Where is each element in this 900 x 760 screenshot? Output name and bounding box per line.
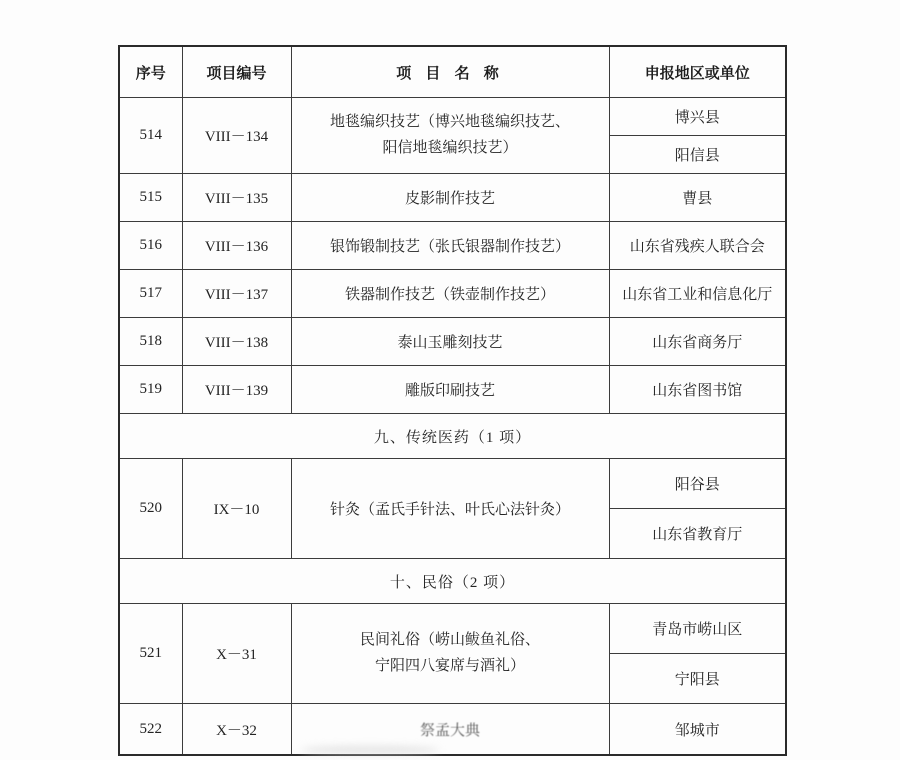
cell-code: VIII－136 bbox=[182, 222, 291, 270]
cell-unit: 阳信县 bbox=[609, 136, 786, 174]
header-serial: 序号 bbox=[119, 46, 182, 98]
section-label: 九、传统医药（1 项） bbox=[119, 414, 786, 459]
cell-unit: 山东省教育厅 bbox=[609, 509, 786, 559]
header-name: 项 目 名 称 bbox=[291, 46, 609, 98]
cell-serial: 515 bbox=[119, 174, 182, 222]
cell-name: 铁器制作技艺（铁壶制作技艺） bbox=[291, 270, 609, 318]
name-line: 民间礼俗（崂山鲅鱼礼俗、 bbox=[296, 628, 605, 654]
table-header-row: 序号 项目编号 项 目 名 称 申报地区或单位 bbox=[119, 46, 786, 98]
cell-name: 泰山玉雕刻技艺 bbox=[291, 318, 609, 366]
table-row: 514 VIII－134 地毯编织技艺（博兴地毯编织技艺、 阳信地毯编织技艺） … bbox=[119, 98, 786, 136]
section-row-folk-customs: 十、民俗（2 项） bbox=[119, 559, 786, 604]
cell-code: X－32 bbox=[182, 704, 291, 756]
cell-code: VIII－134 bbox=[182, 98, 291, 174]
cell-unit: 阳谷县 bbox=[609, 459, 786, 509]
header-unit: 申报地区或单位 bbox=[609, 46, 786, 98]
cell-unit: 曹县 bbox=[609, 174, 786, 222]
cell-serial: 521 bbox=[119, 604, 182, 704]
cell-code: X－31 bbox=[182, 604, 291, 704]
cell-code: VIII－135 bbox=[182, 174, 291, 222]
cell-code: VIII－139 bbox=[182, 366, 291, 414]
section-row-traditional-medicine: 九、传统医药（1 项） bbox=[119, 414, 786, 459]
section-label: 十、民俗（2 项） bbox=[119, 559, 786, 604]
cell-name: 地毯编织技艺（博兴地毯编织技艺、 阳信地毯编织技艺） bbox=[291, 98, 609, 174]
table-row: 517 VIII－137 铁器制作技艺（铁壶制作技艺） 山东省工业和信息化厅 bbox=[119, 270, 786, 318]
cell-code: IX－10 bbox=[182, 459, 291, 559]
cell-unit: 青岛市崂山区 bbox=[609, 604, 786, 654]
scan-smudge-artifact bbox=[300, 746, 440, 754]
cell-serial: 518 bbox=[119, 318, 182, 366]
cell-serial: 514 bbox=[119, 98, 182, 174]
cell-name: 雕版印刷技艺 bbox=[291, 366, 609, 414]
cell-unit: 博兴县 bbox=[609, 98, 786, 136]
cell-name: 皮影制作技艺 bbox=[291, 174, 609, 222]
cell-serial: 522 bbox=[119, 704, 182, 756]
table-row: 520 IX－10 针灸（孟氏手针法、叶氏心法针灸） 阳谷县 bbox=[119, 459, 786, 509]
cell-name: 针灸（孟氏手针法、叶氏心法针灸） bbox=[291, 459, 609, 559]
cell-name: 民间礼俗（崂山鲅鱼礼俗、 宁阳四八宴席与酒礼） bbox=[291, 604, 609, 704]
cell-unit: 邹城市 bbox=[609, 704, 786, 756]
table-row: 515 VIII－135 皮影制作技艺 曹县 bbox=[119, 174, 786, 222]
name-line: 阳信地毯编织技艺） bbox=[296, 136, 605, 162]
cell-unit: 山东省商务厅 bbox=[609, 318, 786, 366]
name-line: 宁阳四八宴席与酒礼） bbox=[296, 654, 605, 680]
heritage-project-table: 序号 项目编号 项 目 名 称 申报地区或单位 514 VIII－134 地毯编… bbox=[118, 45, 787, 756]
table-row: 521 X－31 民间礼俗（崂山鲅鱼礼俗、 宁阳四八宴席与酒礼） 青岛市崂山区 bbox=[119, 604, 786, 654]
cell-name: 银饰锻制技艺（张氏银器制作技艺） bbox=[291, 222, 609, 270]
table-row: 518 VIII－138 泰山玉雕刻技艺 山东省商务厅 bbox=[119, 318, 786, 366]
table-row: 522 X－32 祭孟大典 邹城市 bbox=[119, 704, 786, 756]
cell-serial: 519 bbox=[119, 366, 182, 414]
cell-unit: 山东省工业和信息化厅 bbox=[609, 270, 786, 318]
cell-unit: 宁阳县 bbox=[609, 654, 786, 704]
cell-serial: 517 bbox=[119, 270, 182, 318]
cell-unit: 山东省残疾人联合会 bbox=[609, 222, 786, 270]
header-code: 项目编号 bbox=[182, 46, 291, 98]
cell-serial: 520 bbox=[119, 459, 182, 559]
cell-serial: 516 bbox=[119, 222, 182, 270]
document-page: 序号 项目编号 项 目 名 称 申报地区或单位 514 VIII－134 地毯编… bbox=[0, 0, 900, 760]
cell-code: VIII－137 bbox=[182, 270, 291, 318]
cell-unit: 山东省图书馆 bbox=[609, 366, 786, 414]
table-row: 516 VIII－136 银饰锻制技艺（张氏银器制作技艺） 山东省残疾人联合会 bbox=[119, 222, 786, 270]
table-row: 519 VIII－139 雕版印刷技艺 山东省图书馆 bbox=[119, 366, 786, 414]
cell-code: VIII－138 bbox=[182, 318, 291, 366]
name-line: 地毯编织技艺（博兴地毯编织技艺、 bbox=[296, 110, 605, 136]
